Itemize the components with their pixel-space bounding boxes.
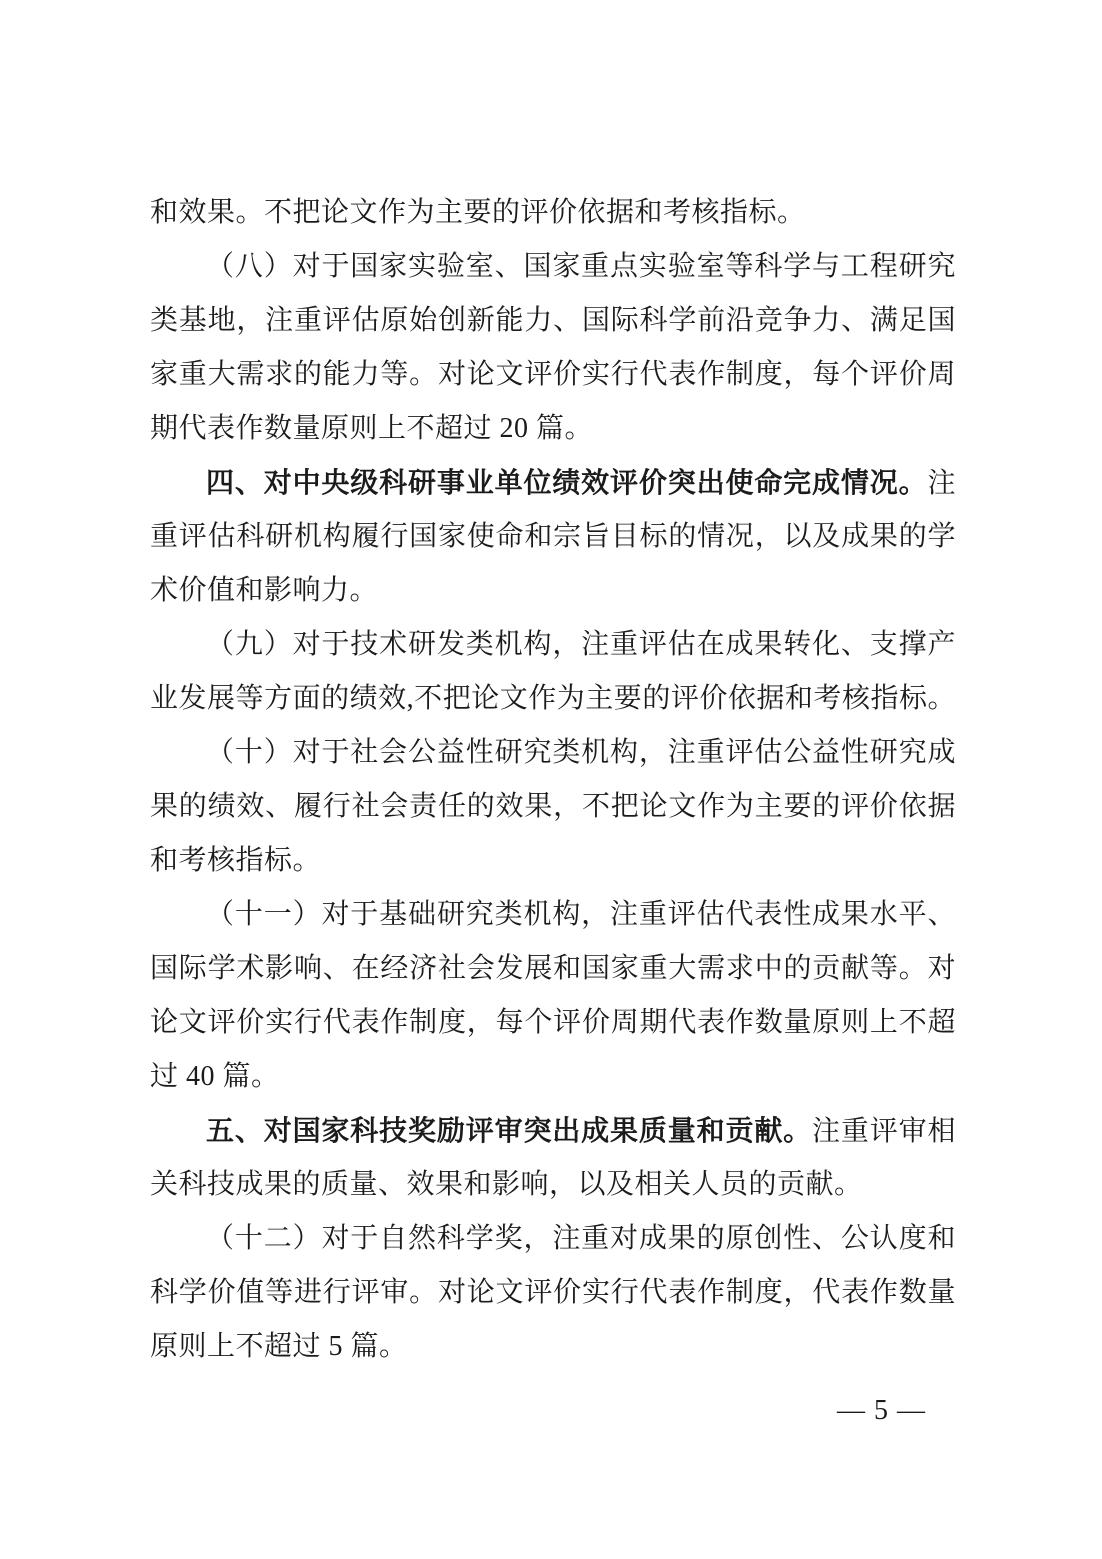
body-segment: 关科技成果的质量、效果和影响，以及相关人员的贡献。 [150, 1169, 863, 1200]
body-segment: 和效果。不把论文作为主要的评价依据和考核指标。 [150, 197, 806, 228]
body-segment: 类基地，注重评估原始创新能力、国际科学前沿竞争力、满足国 [150, 305, 956, 336]
text-line: 五、对国家科技奖励评审突出成果质量和贡献。注重评审相 [150, 1104, 956, 1158]
text-line: （八）对于国家实验室、国家重点实验室等科学与工程研究 [150, 240, 956, 294]
body-segment: 和考核指标。 [150, 845, 321, 876]
text-line: 期代表作数量原则上不超过 20 篇。 [150, 402, 956, 456]
body-segment: 果的绩效、履行社会责任的效果，不把论文作为主要的评价依据 [150, 791, 956, 822]
text-line: 四、对中央级科研事业单位绩效评价突出使命完成情况。注 [150, 456, 956, 510]
body-segment: 论文评价实行代表作制度，每个评价周期代表作数量原则上不超 [150, 1007, 956, 1038]
text-line: 果的绩效、履行社会责任的效果，不把论文作为主要的评价依据 [150, 780, 956, 834]
text-line: 关科技成果的质量、效果和影响，以及相关人员的贡献。 [150, 1158, 956, 1212]
body-segment: 术价值和影响力。 [150, 575, 378, 606]
body-segment: （十）对于社会公益性研究类机构，注重评估公益性研究成 [206, 737, 956, 768]
text-line: 家重大需求的能力等。对论文评价实行代表作制度，每个评价周 [150, 348, 956, 402]
text-line: （十）对于社会公益性研究类机构，注重评估公益性研究成 [150, 726, 956, 780]
body-segment: （十一）对于基础研究类机构，注重评估代表性成果水平、 [206, 899, 956, 930]
body-segment: 期代表作数量原则上不超过 20 篇。 [150, 413, 593, 444]
text-line: 论文评价实行代表作制度，每个评价周期代表作数量原则上不超 [150, 996, 956, 1050]
heading-segment: 四、对中央级科研事业单位绩效评价突出使命完成情况。 [206, 467, 927, 498]
text-line: 类基地，注重评估原始创新能力、国际科学前沿竞争力、满足国 [150, 294, 956, 348]
text-line: 原则上不超过 5 篇。 [150, 1320, 956, 1374]
heading-segment: 五、对国家科技奖励评审突出成果质量和贡献。 [206, 1115, 812, 1146]
body-segment: 原则上不超过 5 篇。 [150, 1331, 408, 1362]
text-line: （十一）对于基础研究类机构，注重评估代表性成果水平、 [150, 888, 956, 942]
body-segment: 业发展等方面的绩效,不把论文作为主要的评价依据和考核指标。 [150, 683, 956, 714]
text-line: 术价值和影响力。 [150, 564, 956, 618]
body-segment: 注重评审相 [812, 1116, 956, 1147]
body-segment: （八）对于国家实验室、国家重点实验室等科学与工程研究 [206, 251, 956, 282]
body-segment: （九）对于技术研发类机构，注重评估在成果转化、支撑产 [206, 629, 956, 660]
text-line: 和考核指标。 [150, 834, 956, 888]
text-line: 过 40 篇。 [150, 1050, 956, 1104]
page-number: — 5 — [150, 1384, 926, 1438]
body-segment: （十二）对于自然科学奖，注重对成果的原创性、公认度和 [206, 1223, 956, 1254]
text-line: 重评估科研机构履行国家使命和宗旨目标的情况，以及成果的学 [150, 510, 956, 564]
document-body: 和效果。不把论文作为主要的评价依据和考核指标。（八）对于国家实验室、国家重点实验… [150, 186, 956, 1374]
text-line: （九）对于技术研发类机构，注重评估在成果转化、支撑产 [150, 618, 956, 672]
body-segment: 科学价值等进行评审。对论文评价实行代表作制度，代表作数量 [150, 1277, 956, 1308]
body-segment: 注 [927, 468, 956, 499]
text-line: 和效果。不把论文作为主要的评价依据和考核指标。 [150, 186, 956, 240]
text-line: 国际学术影响、在经济社会发展和国家重大需求中的贡献等。对 [150, 942, 956, 996]
body-segment: 过 40 篇。 [150, 1061, 280, 1092]
text-line: 科学价值等进行评审。对论文评价实行代表作制度，代表作数量 [150, 1266, 956, 1320]
text-line: 业发展等方面的绩效,不把论文作为主要的评价依据和考核指标。 [150, 672, 956, 726]
text-line: （十二）对于自然科学奖，注重对成果的原创性、公认度和 [150, 1212, 956, 1266]
body-segment: 重评估科研机构履行国家使命和宗旨目标的情况，以及成果的学 [150, 521, 956, 552]
body-segment: 家重大需求的能力等。对论文评价实行代表作制度，每个评价周 [150, 359, 956, 390]
body-segment: 国际学术影响、在经济社会发展和国家重大需求中的贡献等。对 [150, 953, 956, 984]
document-page: 和效果。不把论文作为主要的评价依据和考核指标。（八）对于国家实验室、国家重点实验… [0, 0, 1102, 1559]
